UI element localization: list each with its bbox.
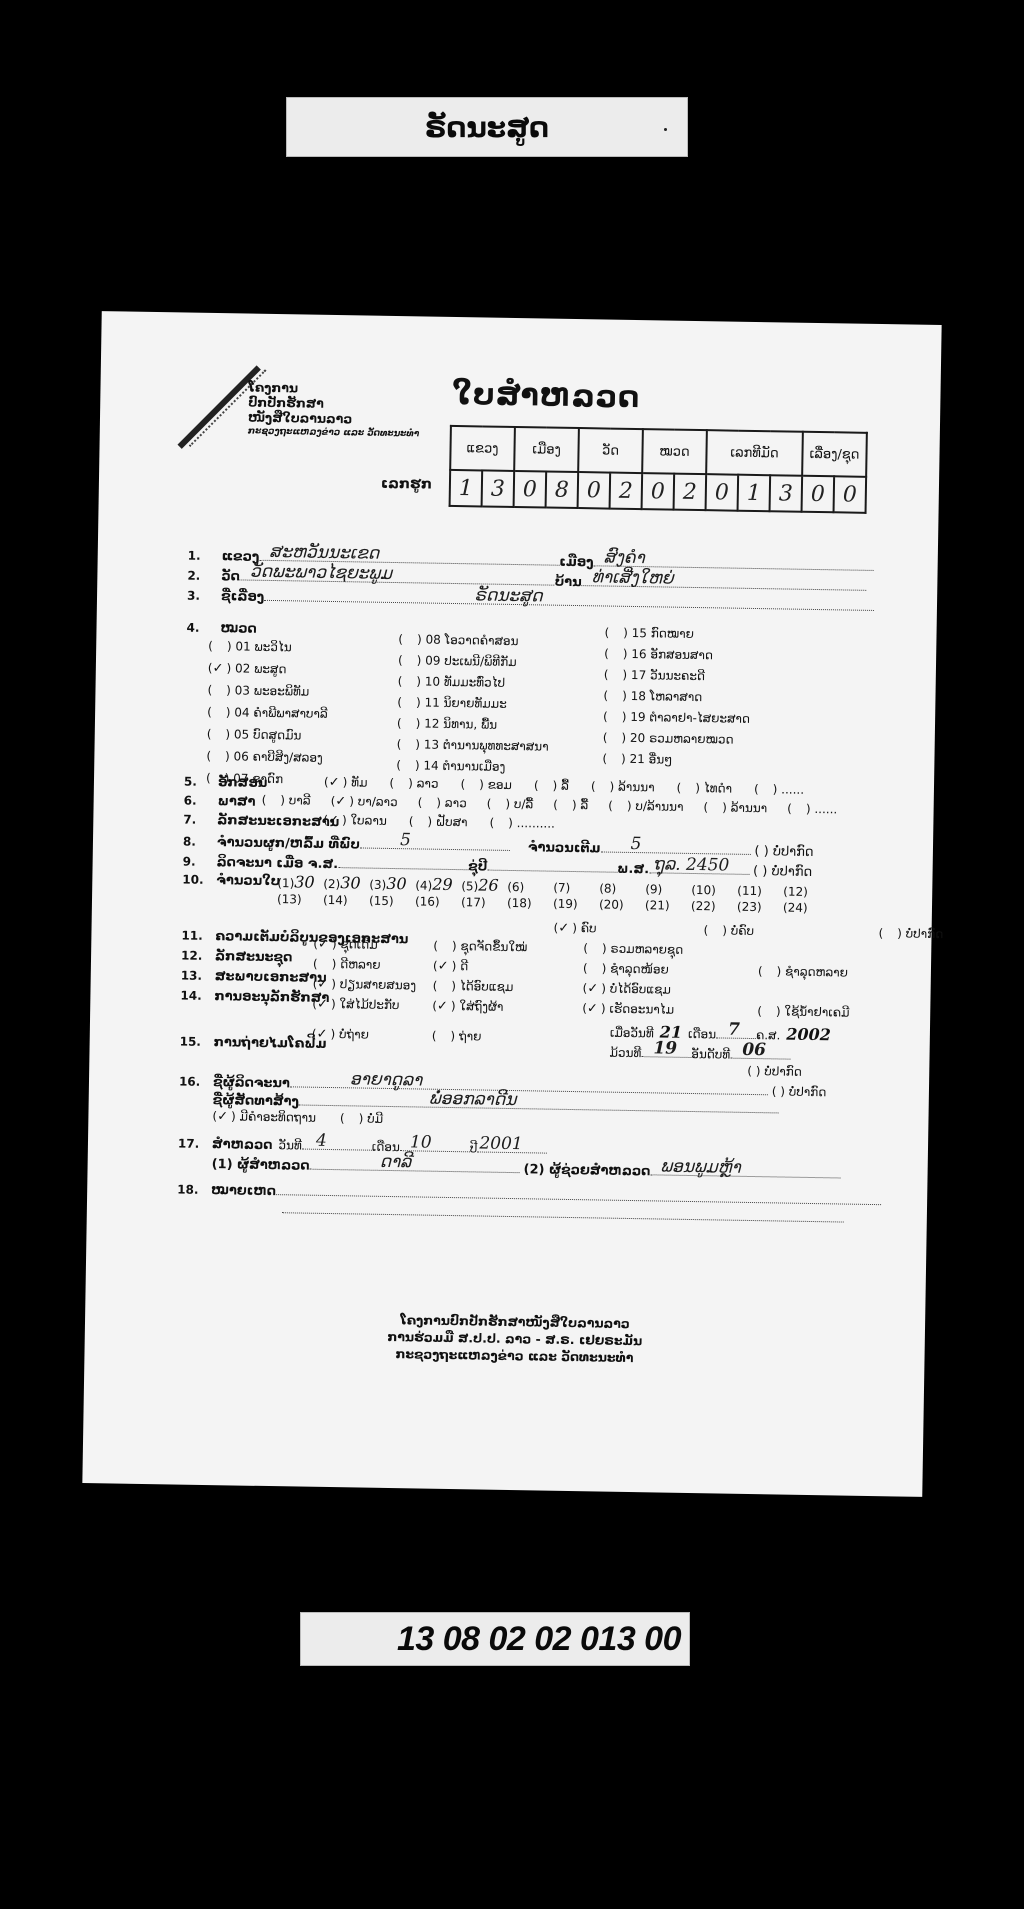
option-label: ບ/ລື້ bbox=[514, 797, 534, 811]
unknown-option[interactable]: ບໍ່ປາກົດ bbox=[773, 844, 814, 860]
bundle-number: (2) bbox=[323, 877, 340, 891]
option-label: ຊຸດເດີມ bbox=[340, 937, 377, 952]
option-label: ...... bbox=[781, 782, 804, 796]
leaf-count-cell: (11) bbox=[737, 880, 783, 900]
bundle-number: (17) bbox=[461, 895, 507, 910]
org-header: ໂຄງການ ປົກປັກຮັກສາ ໜັງສືໃບລານລາວ ກະຊວງຖະ… bbox=[248, 380, 420, 443]
leaf-count-cell: (10) bbox=[691, 879, 737, 899]
checkbox-option[interactable]: () ໄດ້ອົບແຊມ bbox=[433, 979, 514, 994]
checkbox-option[interactable]: () ມີຄຳອະທິດຖານ bbox=[212, 1109, 316, 1126]
checkbox-option[interactable]: () 02 ພະສູດ bbox=[208, 661, 287, 677]
option-label: ປຽນສາຍສນອງ bbox=[340, 977, 416, 992]
field-number: 12. bbox=[181, 949, 215, 964]
field-label: ຊື່ເລື່ອງ bbox=[221, 589, 264, 605]
field-script: 5. ອັກສອນ bbox=[184, 775, 268, 791]
field-surveyors: (1) ຜູ້ສຳຫລວດ ດາລີ (2) ຜູ້ຊ່ວຍສຳຫລວດ ພອນ… bbox=[212, 1155, 841, 1182]
code-digit: 0 bbox=[802, 476, 835, 513]
code-digit: 0 bbox=[706, 474, 739, 511]
reel-field: 19 bbox=[641, 1044, 691, 1058]
leaf-count-cell: (5)26 bbox=[461, 875, 507, 895]
field-number: 1. bbox=[188, 549, 222, 564]
bundle-number: (1) bbox=[277, 876, 294, 890]
option-label: 01 ພະວິໄນ bbox=[235, 639, 292, 654]
checkbox-option[interactable]: () ໃບລານ bbox=[323, 813, 387, 829]
unknown-option[interactable]: ບໍ່ປາກົດ bbox=[771, 864, 812, 880]
checkbox-option[interactable]: () 15 ກົດໝາຍ bbox=[604, 625, 694, 640]
field-label: ບ້ານ bbox=[555, 575, 582, 590]
handwritten-value: ຣັດນະສູດ bbox=[474, 585, 543, 606]
unknown-option[interactable]: ບໍ່ປາກົດ bbox=[789, 1085, 827, 1100]
year-value: 2002 bbox=[786, 1025, 831, 1045]
bundle-number: (5) bbox=[461, 879, 478, 893]
option-label: .......... bbox=[517, 816, 555, 831]
reel-value: 19 bbox=[653, 1038, 677, 1058]
check-icon bbox=[317, 977, 331, 992]
handwritten-value: 4 bbox=[316, 1131, 327, 1151]
checkbox-option[interactable]: () .......... bbox=[489, 816, 555, 832]
checkbox-option[interactable]: () ໃຊ້ນ້ຳຢາເຄມີ bbox=[757, 1004, 849, 1020]
field-label: ວັດ bbox=[221, 569, 240, 584]
option-label: ດີຫລາຍ bbox=[340, 957, 381, 972]
bundle-number: (8) bbox=[599, 881, 616, 895]
handwritten-value: ຖຸລ. 2450 bbox=[653, 854, 729, 875]
check-icon bbox=[438, 959, 452, 974]
field-label: ໝາຍເຫດ bbox=[211, 1183, 276, 1199]
checkbox-option[interactable]: () ຊຳລຸດໜ້ອຍ bbox=[583, 961, 669, 976]
field-label: ຈຳນວນຜູກ/ຫລົ້ມ ທີ່ພົບ bbox=[217, 835, 360, 852]
checkbox-option[interactable]: () ເຮັດອະນາໄມ bbox=[582, 1001, 674, 1018]
option-label: ໃສ່ໄມ້ປະກັບ bbox=[339, 997, 399, 1012]
handwritten-value: ພໍ່ອອກລາດີນ bbox=[429, 1089, 517, 1110]
checkbox-option[interactable]: () ລື້ bbox=[553, 798, 588, 814]
checkbox-option[interactable]: () ຊຸດຈັດຂຶ້ນໃໝ່ bbox=[433, 939, 527, 955]
checkbox-option[interactable]: () ບໍ່ມີ bbox=[340, 1111, 383, 1127]
field-label: ຊື່ຜູ້ສັດທາສ້າງ bbox=[213, 1093, 299, 1109]
bundle-number: (24) bbox=[783, 900, 829, 915]
bundle-number: (3) bbox=[369, 878, 386, 892]
stamp-mark-icon bbox=[185, 355, 251, 451]
field-label: ລັກສະນະເອກະສານ bbox=[217, 813, 339, 830]
month-label: ເດືອນ bbox=[688, 1027, 716, 1041]
field-number: 16. bbox=[179, 1075, 213, 1090]
code-header: ເມືອງ bbox=[514, 427, 579, 472]
field-label: ຊື່ຜູ້ລິດຈະນາ bbox=[213, 1075, 290, 1091]
option-label: ບໍ່ປາກົດ bbox=[906, 927, 944, 942]
bundle-number: (7) bbox=[553, 881, 570, 895]
microfilm-reel: ມ້ວນທີ 19 ອັນດັບທີ 06 bbox=[609, 1044, 790, 1063]
field-label: (2) ຜູ້ຊ່ວຍສຳຫລວດ bbox=[523, 1162, 650, 1179]
code-header: ວັດ bbox=[578, 428, 643, 473]
option-label: ບໍ່ມີ bbox=[367, 1112, 383, 1126]
survey-form-page: ໂຄງການ ປົກປັກຮັກສາ ໜັງສືໃບລານລາວ ກະຊວງຖະ… bbox=[82, 311, 941, 1497]
checkbox-option[interactable]: () 04 ຄຳພີພາສາບາລີ bbox=[207, 705, 328, 721]
option-label: ບໍ່ຄົບ bbox=[731, 924, 754, 938]
checkbox-option[interactable]: () 14 ຕຳນານເມືອງ bbox=[396, 758, 505, 774]
field-number: 4. bbox=[186, 621, 220, 636]
field-conservation: 14. ການອະນຸລັກຮັກສາ bbox=[180, 989, 329, 1006]
option-label: 20 ຣວມຫລາຍໝວດ bbox=[630, 731, 734, 747]
field-number: 3. bbox=[187, 589, 221, 604]
code-digit: 1 bbox=[450, 470, 483, 507]
code-header: ເລກທີມັດ bbox=[706, 430, 803, 476]
option-label: ລ້ານນາ bbox=[618, 780, 655, 795]
doc-type-options: () ໃບລານ() ຝັບສາ() .......... bbox=[323, 813, 555, 832]
order-label: ອັນດັບທີ bbox=[691, 1047, 730, 1062]
option-label: 12 ນິທານ, ພື້ນ bbox=[424, 717, 497, 732]
field-label: ຊຸ່ປີ bbox=[468, 859, 487, 874]
option-label: 09 ປະເພນີ/ພິທີກັມ bbox=[425, 654, 517, 670]
bundle-number: (6) bbox=[507, 880, 524, 894]
survey-day-field: 4 bbox=[302, 1137, 372, 1151]
bundle-number: (13) bbox=[277, 892, 323, 907]
option-label: ບໍ່ຖ່າຍ bbox=[339, 1027, 369, 1041]
checkbox-option[interactable]: () 01 ພະວິໄນ bbox=[208, 639, 292, 654]
field-label: ລິດຈະນາ ເມື່ອ ຈ.ສ. bbox=[217, 855, 339, 872]
handwritten-value: 5 bbox=[400, 830, 411, 850]
handwritten-value: ພອນພູມຫຼ້າ bbox=[660, 1156, 741, 1177]
bundle-number: (22) bbox=[691, 899, 737, 914]
field-label: ຄວາມເຕັມບໍລິບູນຂອງເອກະສານ bbox=[215, 929, 408, 947]
field-label: ຈຳນວນໃບ bbox=[216, 873, 280, 889]
checkbox-option[interactable]: () ທັມ bbox=[324, 775, 368, 791]
scribe-unknown-top[interactable]: ( ) ບໍ່ປາກົດ bbox=[747, 1064, 802, 1079]
form-title: ໃບສຳຫລວດ bbox=[452, 377, 641, 415]
checkbox-option[interactable]: () ຊຳລຸດຫລາຍ bbox=[758, 964, 848, 979]
option-label: ບາລີ bbox=[289, 793, 311, 807]
checkbox-option[interactable]: () ບ/ລື້ bbox=[487, 797, 534, 813]
code-digit: 8 bbox=[546, 472, 579, 509]
checkbox-option[interactable]: () 03 ພະອະພິທັມ bbox=[207, 683, 309, 699]
option-label: ບາ/ລາວ bbox=[358, 794, 398, 809]
cs-year-field bbox=[338, 855, 468, 870]
code-digit: 0 bbox=[578, 472, 611, 509]
leaf-count-cell: (6) bbox=[507, 876, 553, 896]
cycle-year-field bbox=[487, 858, 617, 873]
temple-field: ວັດພະພາວໄຊຍະພູມ bbox=[240, 567, 555, 585]
field-number: 10. bbox=[182, 873, 216, 888]
checkbox-option[interactable]: () ບາລີ bbox=[262, 793, 311, 809]
scribe-field: ອາຍາດູລາ bbox=[290, 1074, 768, 1095]
field-doc-type: 7. ລັກສະນະເອກະສານ bbox=[183, 813, 339, 831]
leaf-count-cell: (7) bbox=[553, 877, 599, 897]
bundles-found-field: 5 bbox=[360, 835, 510, 850]
option-label: 19 ຕຳລາຢາ-ໄສຍະສາດ bbox=[630, 710, 750, 726]
manuscript-title: ຣັດນະສູດ bbox=[425, 111, 549, 144]
bundle-number: (21) bbox=[645, 898, 691, 913]
handwritten-value: ທ່າເສີ່ງໃຫຍ່ bbox=[592, 567, 674, 588]
field-label: ເມືອງ bbox=[559, 555, 594, 571]
option-label: 13 ຕຳນານພຸທທະສາສນາ bbox=[424, 738, 549, 754]
option-label: ລາວ bbox=[417, 776, 439, 790]
checkbox-option[interactable]: () ຂອມ bbox=[460, 777, 512, 793]
option-label: ລື້ bbox=[580, 798, 588, 812]
option-label: ຊຳລຸດໜ້ອຍ bbox=[610, 962, 669, 977]
bundle-number: (15) bbox=[369, 894, 415, 909]
checkbox-option[interactable]: () 13 ຕຳນານພຸທທະສາສນາ bbox=[397, 737, 549, 754]
leaf-count-cell: (4)29 bbox=[415, 874, 461, 894]
checkbox-option[interactable]: () ດີຫລາຍ bbox=[313, 957, 381, 972]
handwritten-value: ອາຍາດູລາ bbox=[350, 1069, 423, 1090]
option-label: ຝັບສາ bbox=[436, 815, 468, 830]
check-icon bbox=[437, 999, 451, 1014]
checkbox-option[interactable]: () 09 ປະເພນີ/ພິທີກັມ bbox=[398, 653, 517, 669]
field-number: 17. bbox=[178, 1136, 212, 1151]
handwritten-value: 10 bbox=[410, 1132, 432, 1152]
check-icon bbox=[318, 937, 332, 952]
option-label: ...... bbox=[814, 802, 837, 816]
checkbox-option[interactable]: () ໃສ່ຖົງຜ້າ bbox=[432, 999, 503, 1015]
checkbox-option[interactable]: () 21 ອື່ນໆ bbox=[602, 751, 672, 766]
dot-mark bbox=[664, 128, 667, 131]
option-label: ເຮັດອະນາໄມ bbox=[609, 1002, 674, 1017]
checkbox-option[interactable]: () ລື້ bbox=[534, 778, 569, 794]
handwritten-value: ສະຫວັນນະເຂດ bbox=[269, 542, 379, 564]
surveyor-field: ດາລີ bbox=[310, 1157, 520, 1173]
conservation-date: ເມື່ອວັນທີ 21 ເດືອນ 7 ຄ.ສ. 2002 bbox=[610, 1022, 831, 1045]
field-survey: 17. ສຳຫລວດ ວັນທີ 4 ເດືອນ 10 ປີ 2001 bbox=[178, 1134, 548, 1157]
field-number: 14. bbox=[180, 989, 214, 1004]
check-icon bbox=[329, 775, 343, 790]
option-label: ທັມ bbox=[351, 775, 368, 789]
checkbox-option[interactable]: () 12 ນິທານ, ພື້ນ bbox=[397, 716, 497, 732]
month-field: 7 bbox=[716, 1025, 756, 1039]
bundle-number: (10) bbox=[691, 883, 716, 897]
check-icon bbox=[212, 661, 226, 676]
date-label: ເມື່ອວັນທີ bbox=[610, 1026, 654, 1041]
field-number: 7. bbox=[183, 813, 217, 828]
check-icon bbox=[217, 1109, 231, 1124]
check-icon bbox=[328, 813, 342, 828]
checkbox-option[interactable]: () 19 ຕຳລາຢາ-ໄສຍະສາດ bbox=[603, 709, 750, 725]
option-label: ຂອມ bbox=[488, 778, 512, 792]
leaf-count-cell: (1)30 bbox=[277, 872, 323, 892]
field-label: ອັກສອນ bbox=[218, 775, 268, 791]
handwritten-value: ດາລີ bbox=[380, 1152, 412, 1173]
code-digit: 2 bbox=[674, 474, 707, 511]
field-language: 6. ພາສາ bbox=[184, 794, 256, 810]
checkbox-option[interactable]: () ບາ/ລາວ bbox=[331, 794, 398, 810]
code-digit: 1 bbox=[738, 475, 771, 512]
option-label: 14 ຕຳນານເມືອງ bbox=[423, 759, 505, 774]
checkbox-option[interactable]: () ລ້ານນາ bbox=[703, 800, 767, 816]
checkbox-option[interactable]: () ຊຸດເດີມ bbox=[313, 937, 378, 953]
leaf-count-cell: (8) bbox=[599, 877, 645, 897]
checkbox-option[interactable]: () ຝັບສາ bbox=[409, 814, 468, 830]
month-value: 7 bbox=[728, 1020, 740, 1040]
year-label: ປີ bbox=[470, 1141, 478, 1155]
field-label: ພາສາ bbox=[218, 794, 256, 810]
check-icon bbox=[587, 981, 601, 996]
field-condition: 13. ສະພາບເອກະສານ bbox=[181, 969, 327, 986]
checkbox-option[interactable]: () 17 ວັນນະຄະດີ bbox=[604, 667, 705, 683]
code-digit: 0 bbox=[514, 471, 547, 508]
field-label: ໝວດ bbox=[220, 621, 256, 637]
checkbox-option[interactable]: () ບໍ່ໄດ້ອົບແຊມ bbox=[582, 981, 670, 997]
option-label: ໃຊ້ນ້ຳຢາເຄມີ bbox=[784, 1005, 849, 1020]
checkbox-option[interactable]: () ປຽນສາຍສນອງ bbox=[313, 977, 417, 994]
leaf-count-value: 29 bbox=[432, 875, 453, 894]
option-label: 08 ໂອວາດຄຳສອນ bbox=[425, 633, 518, 649]
option-label: 21 ອື່ນໆ bbox=[629, 752, 672, 767]
handwritten-value: 2001 bbox=[479, 1133, 523, 1154]
field-category: 4. ໝວດ bbox=[186, 621, 256, 637]
order-field: 06 bbox=[730, 1046, 790, 1060]
field-number: 5. bbox=[184, 775, 218, 790]
checkbox-option[interactable]: () ...... bbox=[787, 802, 837, 818]
leaf-count-cell: (3)30 bbox=[369, 874, 415, 894]
field-label: ພ.ສ. bbox=[617, 862, 649, 878]
field-label: (1) ຜູ້ສຳຫລວດ bbox=[212, 1157, 310, 1174]
survey-year-field: 2001 bbox=[477, 1139, 547, 1153]
checkbox-option[interactable]: () ບ/ລ້ານນາ bbox=[608, 799, 684, 815]
checkbox-option[interactable]: () ບໍ່ຖ່າຍ bbox=[312, 1027, 369, 1043]
check-icon bbox=[317, 997, 331, 1012]
survey-month-field: 10 bbox=[400, 1138, 470, 1152]
leaf-count-value: 30 bbox=[386, 874, 407, 893]
option-label: ລື້ bbox=[561, 779, 569, 793]
bundle-number: (14) bbox=[323, 893, 369, 908]
option-label: ໃບລານ bbox=[350, 813, 386, 828]
code-digit: 2 bbox=[610, 473, 643, 510]
check-icon bbox=[558, 921, 572, 936]
checkbox-option[interactable]: () ຄົບ bbox=[553, 921, 596, 937]
checkbox-option[interactable]: () 16 ອັກສອນສາດ bbox=[604, 646, 713, 662]
code-label-strip: 13 08 02 02 013 00 bbox=[300, 1612, 690, 1666]
field-label: ສຳຫລວດ bbox=[212, 1137, 273, 1153]
checkbox-option[interactable]: () 10 ທັມມະທົ່ວໄປ bbox=[398, 674, 506, 690]
option-label: 03 ພະອະພິທັມ bbox=[235, 683, 310, 698]
assistant-field: ພອນພູມຫຼ້າ bbox=[650, 1162, 840, 1178]
field-label: ລັກສະນະຊຸດ bbox=[215, 949, 292, 965]
checkbox-option[interactable]: () 11 ນິຍາຍທັມມະ bbox=[397, 695, 507, 711]
bundle-number: (16) bbox=[415, 894, 461, 909]
checkbox-option[interactable]: () ບໍ່ຄົບ bbox=[703, 923, 754, 938]
option-label: 18 ໂຫລາສາດ bbox=[631, 689, 703, 704]
org-line: ກະຊວງຖະແຫລງຂ່າວ ແລະ ວັດທະນະທຳ bbox=[248, 425, 420, 443]
checkbox-option[interactable]: () ລາວ bbox=[418, 795, 467, 811]
village-field: ທ່າເສີ່ງໃຫຍ່ bbox=[582, 573, 867, 591]
option-label: 04 ຄຳພີພາສາບາລີ bbox=[234, 705, 328, 721]
option-label: ບໍ່ໄດ້ອົບແຊມ bbox=[610, 982, 671, 997]
checkbox-option[interactable]: () 06 ຄາບີສິງ/ສລອງ bbox=[206, 749, 323, 765]
field-number: 18. bbox=[177, 1182, 211, 1197]
field-number: 15. bbox=[180, 1035, 214, 1050]
option-label: 16 ອັກສອນສາດ bbox=[631, 647, 713, 662]
checkbox-option[interactable]: () 05 ບົດສູດມົນ bbox=[207, 727, 302, 743]
field-label: ຈຳນວນເຕີມ bbox=[528, 840, 601, 856]
code-header: ແຂວງ bbox=[450, 426, 515, 471]
code-digit: 0 bbox=[834, 476, 867, 513]
bundle-number: (18) bbox=[507, 896, 553, 911]
bundle-number: (11) bbox=[737, 884, 762, 898]
handwritten-value: ວັດພະພາວໄຊຍະພູມ bbox=[250, 562, 392, 584]
manuscript-code: 13 08 02 02 013 00 bbox=[397, 1620, 681, 1659]
field-leaf-count: 10. ຈຳນວນໃບ bbox=[182, 873, 280, 890]
option-label: ບ/ລ້ານນາ bbox=[635, 799, 683, 814]
option-label: 17 ວັນນະຄະດີ bbox=[631, 668, 705, 683]
option-label: ຣວມຫລາຍຊຸດ bbox=[610, 942, 683, 957]
checkbox-option[interactable]: () 20 ຣວມຫລາຍໝວດ bbox=[603, 730, 734, 746]
bundle-number: (23) bbox=[737, 900, 783, 915]
checkbox-option[interactable]: () ໃສ່ໄມ້ປະກັບ bbox=[312, 997, 399, 1013]
field-number: 11. bbox=[181, 929, 215, 944]
checkbox-option[interactable]: () ...... bbox=[754, 782, 804, 798]
field-number: 6. bbox=[184, 794, 218, 809]
leaf-count-cell: (2)30 bbox=[323, 873, 369, 893]
code-label: ເລກຮູກ bbox=[381, 476, 432, 493]
checkbox-option[interactable]: () 08 ໂອວາດຄຳສອນ bbox=[398, 632, 518, 648]
option-label: 15 ກົດໝາຍ bbox=[632, 626, 694, 641]
option-label: ມີຄຳອະທິດຖານ bbox=[240, 1110, 317, 1125]
leaf-count-cell: (9) bbox=[645, 878, 691, 898]
footer-line: ກະຊວງຖະແຫລງຂ່າວ ແລະ ວັດທະນະທຳ bbox=[364, 1345, 664, 1367]
be-year-field: ຖຸລ. 2450 bbox=[649, 860, 749, 875]
handwritten-value: 5 bbox=[630, 834, 641, 854]
field-set-type: 12. ລັກສະນະຊຸດ bbox=[181, 949, 292, 966]
check-icon bbox=[587, 1001, 601, 1016]
leaf-count-value: 30 bbox=[294, 872, 315, 891]
option-label: ລ້ານນາ bbox=[731, 801, 768, 816]
title-label-strip: ຣັດນະສູດ bbox=[286, 97, 688, 157]
bundle-number: (19) bbox=[553, 897, 599, 912]
leaf-count-cell: (12) bbox=[783, 880, 829, 900]
order-value: 06 bbox=[742, 1040, 766, 1060]
field-label: ສະພາບເອກະສານ bbox=[215, 969, 327, 986]
dedication-options: () ມີຄຳອະທິດຖານ() ບໍ່ມີ bbox=[212, 1109, 383, 1127]
checkbox-option[interactable]: () ຣວມຫລາຍຊຸດ bbox=[583, 941, 683, 957]
checkbox-option[interactable]: () ບໍ່ປາກົດ bbox=[878, 926, 943, 941]
field-label: ການຖ່າຍໄມໂຄຟິມ bbox=[214, 1035, 327, 1052]
bundle-number: (12) bbox=[783, 884, 808, 898]
option-label: ຄົບ bbox=[581, 921, 597, 935]
option-label: ຊຸດຈັດຂຶ້ນໃໝ່ bbox=[460, 939, 527, 954]
code-digit: 3 bbox=[770, 475, 803, 512]
option-label: 05 ບົດສູດມົນ bbox=[234, 727, 302, 742]
day-label: ວັນທີ bbox=[278, 1138, 302, 1152]
checkbox-option[interactable]: () ໄທດຳ bbox=[676, 781, 732, 797]
option-label: ຖ່າຍ bbox=[459, 1029, 482, 1043]
code-table: ແຂວງ ເມືອງ ວັດ ໝວດ ເລກທີມັດ ເລື່ອງ/ຊຸດ 1… bbox=[449, 425, 868, 514]
bundle-number: (20) bbox=[599, 897, 645, 912]
option-label: 02 ພະສູດ bbox=[235, 661, 287, 676]
checkbox-option[interactable]: () ລ້ານນາ bbox=[591, 779, 655, 795]
field-number: 8. bbox=[183, 835, 217, 850]
check-icon bbox=[316, 1027, 330, 1042]
option-label: 11 ນິຍາຍທັມມະ bbox=[424, 696, 506, 711]
checkbox-option[interactable]: () ຖ່າຍ bbox=[432, 1029, 482, 1044]
checkbox-option[interactable]: () ດີ bbox=[433, 959, 468, 975]
handwritten-value: ສົງຄຳ bbox=[604, 547, 645, 568]
option-label: ລາວ bbox=[445, 796, 467, 810]
option-label: ໃສ່ຖົງຜ້າ bbox=[459, 999, 503, 1014]
form-footer: ໂຄງການປົກປັກຮັກສາໜັງສືໃບລານລາວ ການຮ່ວມມື… bbox=[364, 1311, 665, 1367]
code-header: ໝວດ bbox=[642, 429, 707, 474]
code-digit: 3 bbox=[482, 470, 515, 507]
option-label: ຊຳລຸດຫລາຍ bbox=[785, 965, 848, 980]
field-number: 2. bbox=[187, 569, 221, 584]
bundle-number: (9) bbox=[645, 882, 662, 896]
option-label: ໄດ້ອົບແຊມ bbox=[460, 979, 514, 994]
unknown-option[interactable]: ບໍ່ປາກົດ bbox=[764, 1064, 802, 1079]
leaf-count-value: 26 bbox=[478, 875, 499, 894]
field-number: 9. bbox=[183, 855, 217, 870]
code-digit: 0 bbox=[642, 473, 675, 510]
reel-label: ມ້ວນທີ bbox=[609, 1046, 641, 1061]
checkbox-option[interactable]: () ລາວ bbox=[389, 776, 438, 792]
leaf-count-value: 30 bbox=[340, 873, 361, 892]
checkbox-option[interactable]: () 18 ໂຫລາສາດ bbox=[603, 688, 702, 704]
field-microfilm: 15. ການຖ່າຍໄມໂຄຟິມ bbox=[180, 1035, 327, 1052]
